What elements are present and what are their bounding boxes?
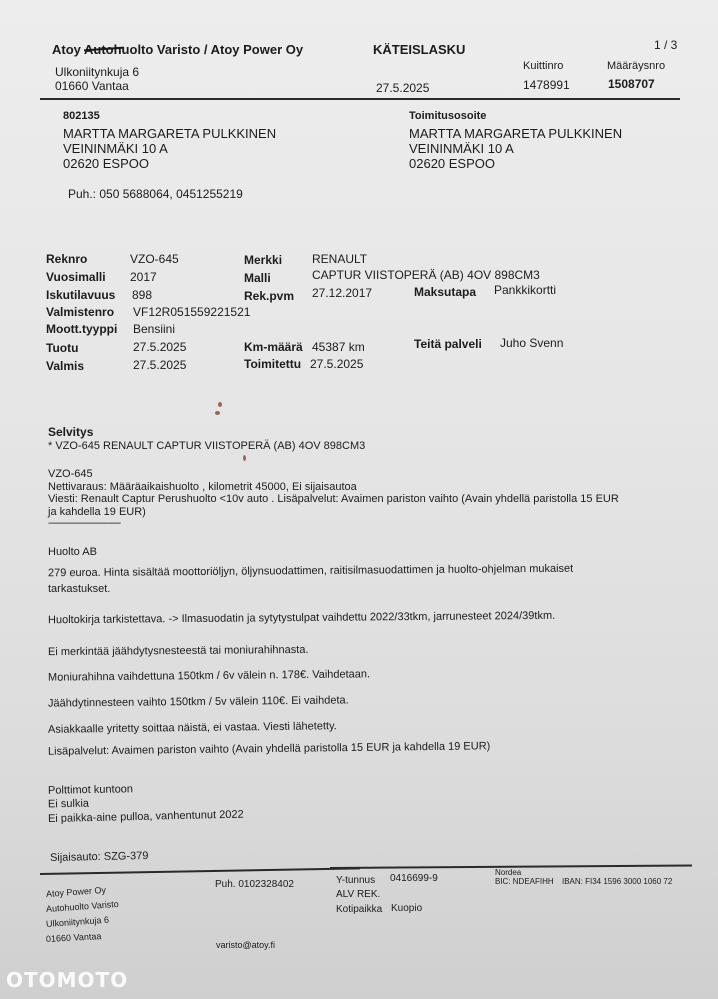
rekpvm-value: 27.12.2017 — [312, 286, 372, 300]
note-coolant: Jäähdytinnesteen vaihto 150tkm / 5v väle… — [48, 694, 349, 709]
merkki-label: Merkki — [244, 253, 282, 267]
tuotu-label: Tuotu — [46, 341, 78, 355]
valmistenro-label: Valmistenro — [46, 305, 114, 319]
delivery-title: Toimitusosoite — [409, 110, 486, 122]
delivery-street: VEININMÄKI 10 A — [409, 141, 514, 156]
reknro-value: VZO-645 — [130, 252, 179, 266]
tuotu-value: 27.5.2025 — [133, 340, 186, 354]
stain-mark — [218, 402, 222, 407]
palveli-label: Teitä palveli — [414, 337, 482, 351]
kotipaikka-label: Kotipaikka — [336, 904, 382, 915]
selvitys-title: Selvitys — [48, 425, 93, 439]
valmistenro-value: VF12R051559221521 — [133, 305, 250, 319]
selvitys-separator: ------------------------------- — [48, 518, 120, 529]
customer-id: 802135 — [63, 110, 100, 122]
ytunnus-label: Y-tunnus — [336, 875, 375, 886]
note-no-entry: Ei merkintää jäähdytysnesteestä tai moni… — [48, 644, 309, 658]
footer-phone: Puh. 0102328402 — [215, 879, 294, 890]
km-value: 45387 km — [312, 340, 365, 354]
maksutapa-label: Maksutapa — [414, 285, 476, 299]
footer-company-branch: Autohuolto Varisto — [46, 899, 119, 914]
header-divider — [40, 98, 680, 100]
note-additional-services: Lisäpalvelut: Avaimen pariston vaihto (A… — [48, 740, 490, 757]
rekpvm-label: Rek.pvm — [244, 289, 294, 303]
palveli-value: Juho Svenn — [500, 336, 563, 350]
note-service-book: Huoltokirja tarkistettava. -> Ilmasuodat… — [48, 610, 555, 626]
customer-city: 02620 ESPOO — [63, 156, 149, 171]
company-address-city: 01660 Vantaa — [55, 79, 129, 93]
alv-reg: ALV REK. — [336, 889, 380, 900]
company-address-street: Ulkoniitynkuja 6 — [55, 65, 139, 79]
bank-name: Nordea — [495, 868, 521, 877]
footer-city: 01660 Vantaa — [46, 931, 102, 944]
note-customer-contact: Asiakkaalle yritetty soittaa näistä, ei … — [48, 720, 337, 736]
replacement-car: Sijaisauto: SZG-379 — [50, 850, 149, 864]
price-description-cont: tarkastukset. — [48, 583, 110, 595]
page-number: 1 / 3 — [654, 38, 677, 52]
kotipaikka-value: Kuopio — [391, 903, 422, 914]
iskutilavuus-value: 898 — [132, 288, 152, 302]
malli-label: Malli — [244, 271, 271, 285]
footer-email[interactable]: varisto@atoy.fi — [216, 940, 275, 950]
customer-phone: Puh.: 050 5688064, 0451255219 — [68, 187, 243, 201]
km-label: Km-määrä — [244, 340, 303, 354]
moottyyppi-label: Moott.tyyppi — [46, 322, 117, 336]
delivery-city: 02620 ESPOO — [409, 156, 495, 171]
note-fuses: Ei sulkia — [48, 798, 89, 811]
selvitys-reknro: VZO-645 — [48, 468, 93, 480]
order-number: 1508707 — [608, 77, 655, 91]
ytunnus-value: 0416699-9 — [390, 873, 438, 884]
customer-street: VEININMÄKI 10 A — [63, 141, 168, 156]
note-repair-kit: Ei paikka-aine pulloa, vanhentunut 2022 — [48, 809, 244, 825]
selvitys-message: Viesti: Renault Captur Perushuolto <10v … — [48, 493, 619, 505]
bank-bic: BIC: NDEAFIHH — [495, 877, 554, 886]
reknro-label: Reknro — [46, 252, 87, 266]
note-bulbs: Polttimot kuntoon — [48, 783, 133, 796]
delivery-name: MARTTA MARGARETA PULKKINEN — [409, 126, 622, 141]
malli-value: CAPTUR VIISTOPERÄ (AB) 4OV 898CM3 — [312, 268, 540, 282]
otomoto-watermark: OTOMOTO — [6, 968, 128, 992]
moottyyppi-value: Bensiini — [133, 322, 175, 336]
huolto-title: Huolto AB — [48, 546, 97, 558]
maksutapa-value: Pankkikortti — [494, 283, 556, 297]
toimitettu-value: 27.5.2025 — [310, 357, 363, 371]
price-description: 279 euroa. Hinta sisältää moottoriöljyn,… — [48, 563, 573, 580]
note-belt: Moniurahihna vaihdettuna 150tkm / 6v väl… — [48, 668, 370, 683]
valmis-label: Valmis — [46, 359, 84, 373]
stain-mark — [215, 411, 220, 415]
order-label: Määräysnro — [607, 60, 665, 72]
footer-company: Atoy Power Oy — [46, 885, 107, 899]
merkki-value: RENAULT — [312, 252, 367, 266]
bank-iban: IBAN: FI34 1596 3000 1060 72 — [562, 877, 672, 886]
selvitys-message-cont: ja kahdella 19 EUR) — [48, 506, 146, 518]
customer-name: MARTTA MARGARETA PULKKINEN — [63, 126, 276, 141]
vuosimalli-label: Vuosimalli — [46, 270, 106, 284]
valmis-value: 27.5.2025 — [133, 358, 186, 372]
vuosimalli-value: 2017 — [130, 270, 157, 284]
document-date: 27.5.2025 — [376, 81, 429, 95]
iskutilavuus-label: Iskutilavuus — [46, 288, 115, 302]
document-type: KÄTEISLASKU — [373, 42, 465, 57]
footer-street: Ulkoniitynkuja 6 — [46, 915, 110, 929]
footer-divider-left — [40, 867, 360, 874]
receipt-label: Kuittinro — [523, 60, 563, 72]
selvitys-booking: Nettivaraus: Määräaikaishuolto , kilomet… — [48, 481, 357, 493]
receipt-number: 1478991 — [523, 78, 570, 92]
selvitys-vehicle-line: * VZO-645 RENAULT CAPTUR VIISTOPERÄ (AB)… — [48, 440, 365, 452]
toimitettu-label: Toimitettu — [244, 357, 301, 371]
stain-mark — [243, 455, 246, 461]
